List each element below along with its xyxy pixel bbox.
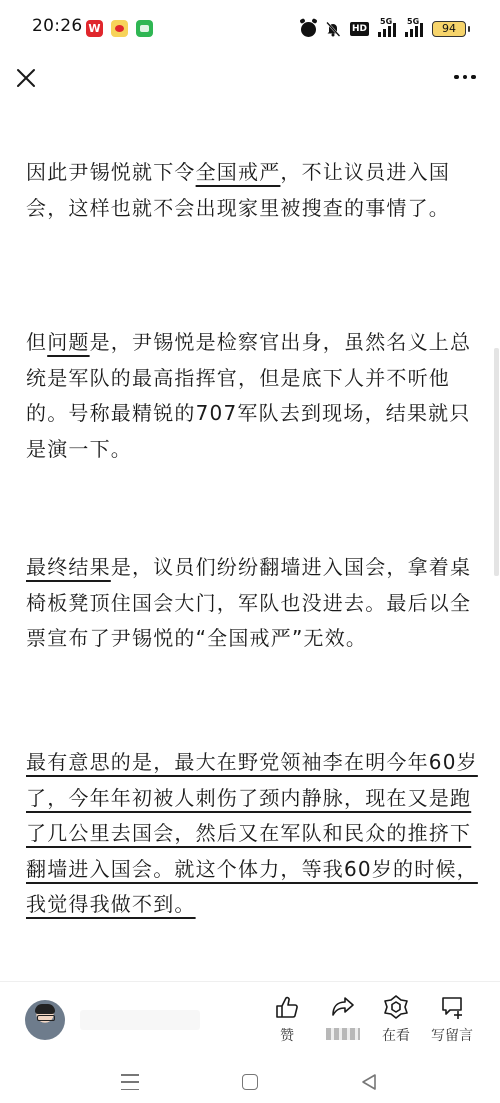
like-button[interactable]: 赞 bbox=[257, 994, 317, 1054]
underlined-segment: 全国戒严 bbox=[196, 160, 281, 184]
more-icon-dot bbox=[463, 75, 468, 80]
underlined-segment: 最终结果 bbox=[26, 555, 111, 579]
bottom-action-bar: 赞 在看 写留言 bbox=[0, 981, 500, 1059]
system-nav-bar bbox=[0, 1062, 500, 1103]
like-label: 赞 bbox=[257, 1025, 317, 1045]
share-label-blurred bbox=[326, 1028, 360, 1040]
close-icon bbox=[14, 66, 38, 90]
thumbs-up-icon bbox=[274, 994, 300, 1020]
status-bar: 20:26 W HD 5G 5G 94 bbox=[0, 0, 500, 58]
signal-icon-1: 5G bbox=[378, 21, 396, 37]
wechat-icon bbox=[136, 20, 153, 37]
close-button[interactable] bbox=[14, 66, 38, 90]
more-button[interactable] bbox=[452, 70, 478, 84]
more-icon-dot bbox=[454, 75, 459, 80]
underlined-segment: 问题 bbox=[47, 330, 89, 354]
status-time: 20:26 bbox=[32, 16, 83, 36]
home-icon[interactable] bbox=[242, 1074, 258, 1090]
more-icon-dot bbox=[471, 75, 476, 80]
author-name-blurred bbox=[80, 1010, 200, 1030]
weibo-icon bbox=[111, 20, 128, 37]
alarm-icon bbox=[301, 22, 316, 37]
back-icon[interactable] bbox=[360, 1073, 378, 1091]
text-segment: 是，尹锡悦是检察官出身，虽然名义上总统是军队的最高指挥官，但是底下人并不听他的。… bbox=[26, 330, 471, 461]
scrollbar[interactable] bbox=[494, 348, 499, 576]
avatar[interactable] bbox=[25, 1000, 65, 1040]
mute-icon bbox=[325, 21, 341, 37]
paragraph-3: 最终结果是，议员们纷纷翻墙进入国会，拿着桌椅板凳顶住国会大门，军队也没进去。最后… bbox=[26, 550, 478, 657]
share-button[interactable] bbox=[313, 994, 373, 1054]
underlined-segment: 最有意思的是，最大在野党领袖李在明今年60岁了，今年年初被人刺伤了颈内静脉，现在… bbox=[26, 750, 478, 916]
watching-button[interactable]: 在看 bbox=[366, 994, 426, 1054]
paragraph-2: 但问题是，尹锡悦是检察官出身，虽然名义上总统是军队的最高指挥官，但是底下人并不听… bbox=[26, 325, 478, 467]
wps-office-icon: W bbox=[86, 20, 103, 37]
write-comment-label: 写留言 bbox=[422, 1025, 482, 1045]
watching-label: 在看 bbox=[366, 1025, 426, 1045]
text-segment: 但 bbox=[26, 330, 47, 354]
top-nav bbox=[0, 58, 500, 104]
write-comment-button[interactable]: 写留言 bbox=[422, 994, 482, 1054]
watching-icon bbox=[383, 994, 409, 1020]
hd-icon: HD bbox=[350, 22, 369, 36]
recents-icon[interactable] bbox=[121, 1074, 139, 1090]
comment-add-icon bbox=[439, 994, 465, 1020]
signal-icon-2: 5G bbox=[405, 21, 423, 37]
status-indicators: HD 5G 5G 94 bbox=[301, 18, 466, 40]
battery-indicator: 94 bbox=[432, 21, 466, 37]
text-segment: 因此尹锡悦就下令 bbox=[26, 160, 196, 184]
share-icon bbox=[330, 994, 356, 1020]
paragraph-1: 因此尹锡悦就下令全国戒严，不让议员进入国会，这样也就不会出现家里被搜查的事情了。 bbox=[26, 155, 478, 226]
paragraph-4: 最有意思的是，最大在野党领袖李在明今年60岁了，今年年初被人刺伤了颈内静脉，现在… bbox=[26, 745, 478, 923]
